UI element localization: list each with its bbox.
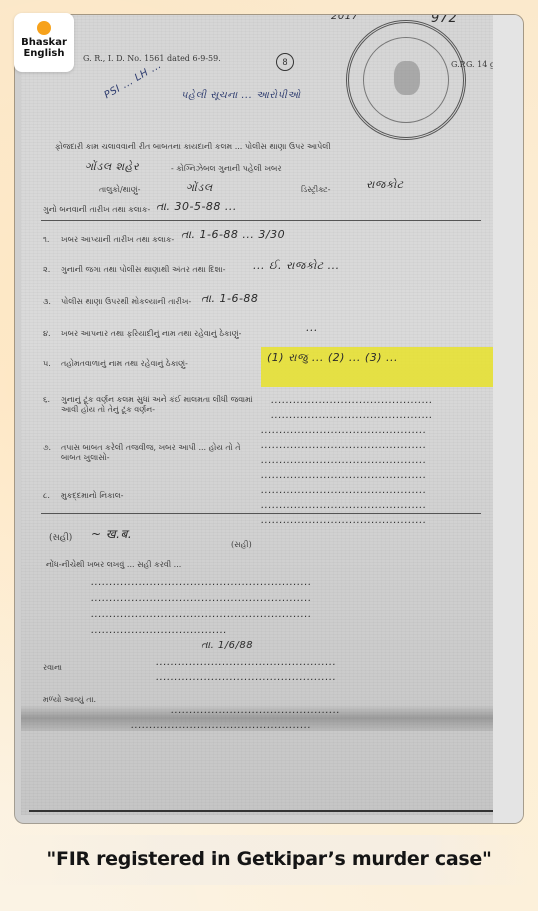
register-label: ડિસ્ટ્રીક્ટ- xyxy=(301,185,331,195)
circled-number: 8 xyxy=(276,53,294,71)
signature-label-2: (સહી) xyxy=(231,540,252,550)
header-reference: G. R., I. D. No. 1561 dated 6-9-59. xyxy=(83,54,221,63)
subtitle-handwritten: ગોંડલ શહેર xyxy=(85,160,139,174)
document-paper: G. R., I. D. No. 1561 dated 6-9-59. 2017… xyxy=(21,15,500,815)
handwritten-number: 972 xyxy=(431,15,457,26)
logo-text-line1: Bhaskar xyxy=(14,37,74,48)
fir-document-photo: G. R., I. D. No. 1561 dated 6-9-59. 2017… xyxy=(15,15,523,823)
logo-text-line2: English xyxy=(14,48,74,59)
footer-label-2: મળ્યો આવ્યું તા. xyxy=(43,695,96,705)
intro-line: ફોજદારી કામ ચલાવવાની રીત બાબતના કાયદાની … xyxy=(55,142,331,152)
footer-date: તા. 1/6/88 xyxy=(201,640,253,651)
footer-label-1: રવાના xyxy=(43,663,62,673)
bhaskar-english-logo: Bhaskar English xyxy=(14,13,74,72)
image-caption: "FIR registered in Getkipar’s murder cas… xyxy=(0,848,538,870)
district-label: તાલુકો/થાણું- xyxy=(99,185,140,195)
form-code: G.P.G. 14 g. xyxy=(451,60,498,69)
handwritten-year: 2017 xyxy=(331,15,358,22)
subtitle-printed: - કોગ્નિઝેબલ ગુનાની પહેલી ખબર xyxy=(171,164,282,174)
signature: ~ ख.ब. xyxy=(91,525,132,542)
emblem-icon xyxy=(394,61,420,95)
divider xyxy=(41,513,481,514)
crime-date-label: ગુનો બનવાની તારીખ તથા કલાક- xyxy=(43,205,150,215)
logo-dot-icon xyxy=(37,21,51,35)
divider xyxy=(41,220,481,221)
crime-date-value: તા. 30-5-88 ... xyxy=(156,200,237,214)
district-value: ગોંડલ xyxy=(186,181,213,195)
official-stamp xyxy=(346,20,466,140)
note-text: નોંધ-નીચેથી ખબર લખવું ... સહી કરવી ... xyxy=(46,560,181,570)
handwritten-note-left: PSI ... LH ... xyxy=(103,60,164,102)
signature-label: (સહી) xyxy=(49,533,72,543)
handwritten-note-center: પહેલી સૂચના ... આરોપીઓ xyxy=(181,90,301,101)
page-edge xyxy=(29,810,499,812)
register-value: રાજકોટ xyxy=(366,178,404,192)
